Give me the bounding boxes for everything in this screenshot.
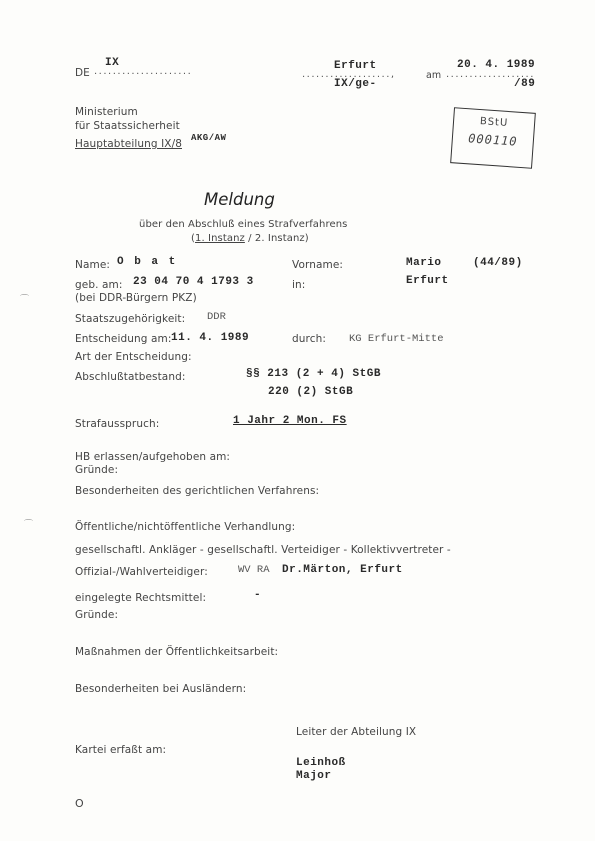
document-title: Meldung <box>204 190 275 209</box>
reference-right: /89 <box>514 78 535 90</box>
offizial-value-prefix: WV RA <box>238 564 270 576</box>
circle-mark: O <box>75 797 84 810</box>
auslaender-label: Besonderheiten bei Ausländern: <box>75 683 246 695</box>
sender-ministry: Ministerium <box>75 106 138 118</box>
offizial-label: Offizial-/Wahlverteidiger: <box>75 566 208 578</box>
pkz-note: (bei DDR-Bürgern PKZ) <box>75 292 197 304</box>
staats-value: DDR <box>207 311 226 323</box>
am-label: am <box>426 70 441 81</box>
instance-line: (1. Instanz / 2. Instanz) <box>191 233 309 244</box>
vorname-value: Mario <box>406 257 442 269</box>
document-subtitle: über den Abschluß eines Strafverfahrens <box>139 219 347 230</box>
durch-label: durch: <box>292 333 326 345</box>
archive-stamp: BStU 000110 <box>450 107 536 169</box>
in-label: in: <box>292 279 305 291</box>
geb-label: geb. am: <box>75 279 122 291</box>
name-label: Name: <box>75 259 110 271</box>
gruende-label-2: Gründe: <box>75 609 118 621</box>
hb-label: HB erlassen/aufgehoben am: <box>75 451 230 463</box>
instance-rest: / 2. Instanz) <box>245 233 309 244</box>
margin-mark: ⌒ <box>20 292 29 305</box>
stamp-label: BStU <box>454 114 535 131</box>
signer-rank: Major <box>296 770 332 782</box>
in-value: Erfurt <box>406 275 449 287</box>
reference-left: IX/ge- <box>334 78 377 90</box>
date-value: 20. 4. 1989 <box>457 59 535 71</box>
sender-department: Hauptabteilung IX/8 <box>75 138 182 150</box>
gesellschaftl-label: gesellschaftl. Ankläger - gesellschaftl.… <box>75 544 451 556</box>
massnahmen-label: Maßnahmen der Öffentlichkeitsarbeit: <box>75 646 278 658</box>
abschluss-value-2: 220 (2) StGB <box>268 386 353 398</box>
straf-value: 1 Jahr 2 Mon. FS <box>233 415 347 427</box>
case-number: (44/89) <box>473 257 523 269</box>
de-label: DE <box>75 67 90 79</box>
oeffentlich-label: Öffentliche/nichtöffentliche Verhandlung… <box>75 521 295 533</box>
sender-ministry-2: für Staatssicherheit <box>75 120 180 132</box>
rechtsmittel-value: - <box>254 589 261 601</box>
instance-first: 1. Instanz <box>195 233 245 244</box>
stamp-number: 000110 <box>452 130 533 150</box>
vorname-label: Vorname: <box>292 259 343 271</box>
entscheidung-label: Entscheidung am: <box>75 333 171 345</box>
abschluss-value-1: §§ 213 (2 + 4) StGB <box>246 368 381 380</box>
art-label: Art der Entscheidung: <box>75 351 192 363</box>
kartei-label: Kartei erfaßt am: <box>75 744 166 756</box>
de-dots: ..................... <box>94 66 192 77</box>
name-value: O b a t <box>117 256 177 268</box>
besonderheiten-label: Besonderheiten des gerichtlichen Verfahr… <box>75 485 319 497</box>
geb-value: 23 04 70 4 1793 3 <box>133 276 254 288</box>
rechtsmittel-label: eingelegte Rechtsmittel: <box>75 592 206 604</box>
abschluss-label: Abschlußtatbestand: <box>75 371 186 383</box>
offizial-value: Dr.Märton, Erfurt <box>282 564 403 576</box>
signer-name: Leinhoß <box>296 757 346 769</box>
straf-label: Strafausspruch: <box>75 418 159 430</box>
durch-value: KG Erfurt-Mitte <box>349 333 444 345</box>
leiter-label: Leiter der Abteilung IX <box>296 726 416 738</box>
margin-mark: ⌒ <box>24 517 33 530</box>
entscheidung-value: 11. 4. 1989 <box>171 332 249 344</box>
staats-label: Staatszugehörigkeit: <box>75 313 185 325</box>
sender-department-code: AKG/AW <box>191 133 226 143</box>
gruende-label-1: Gründe: <box>75 464 118 476</box>
